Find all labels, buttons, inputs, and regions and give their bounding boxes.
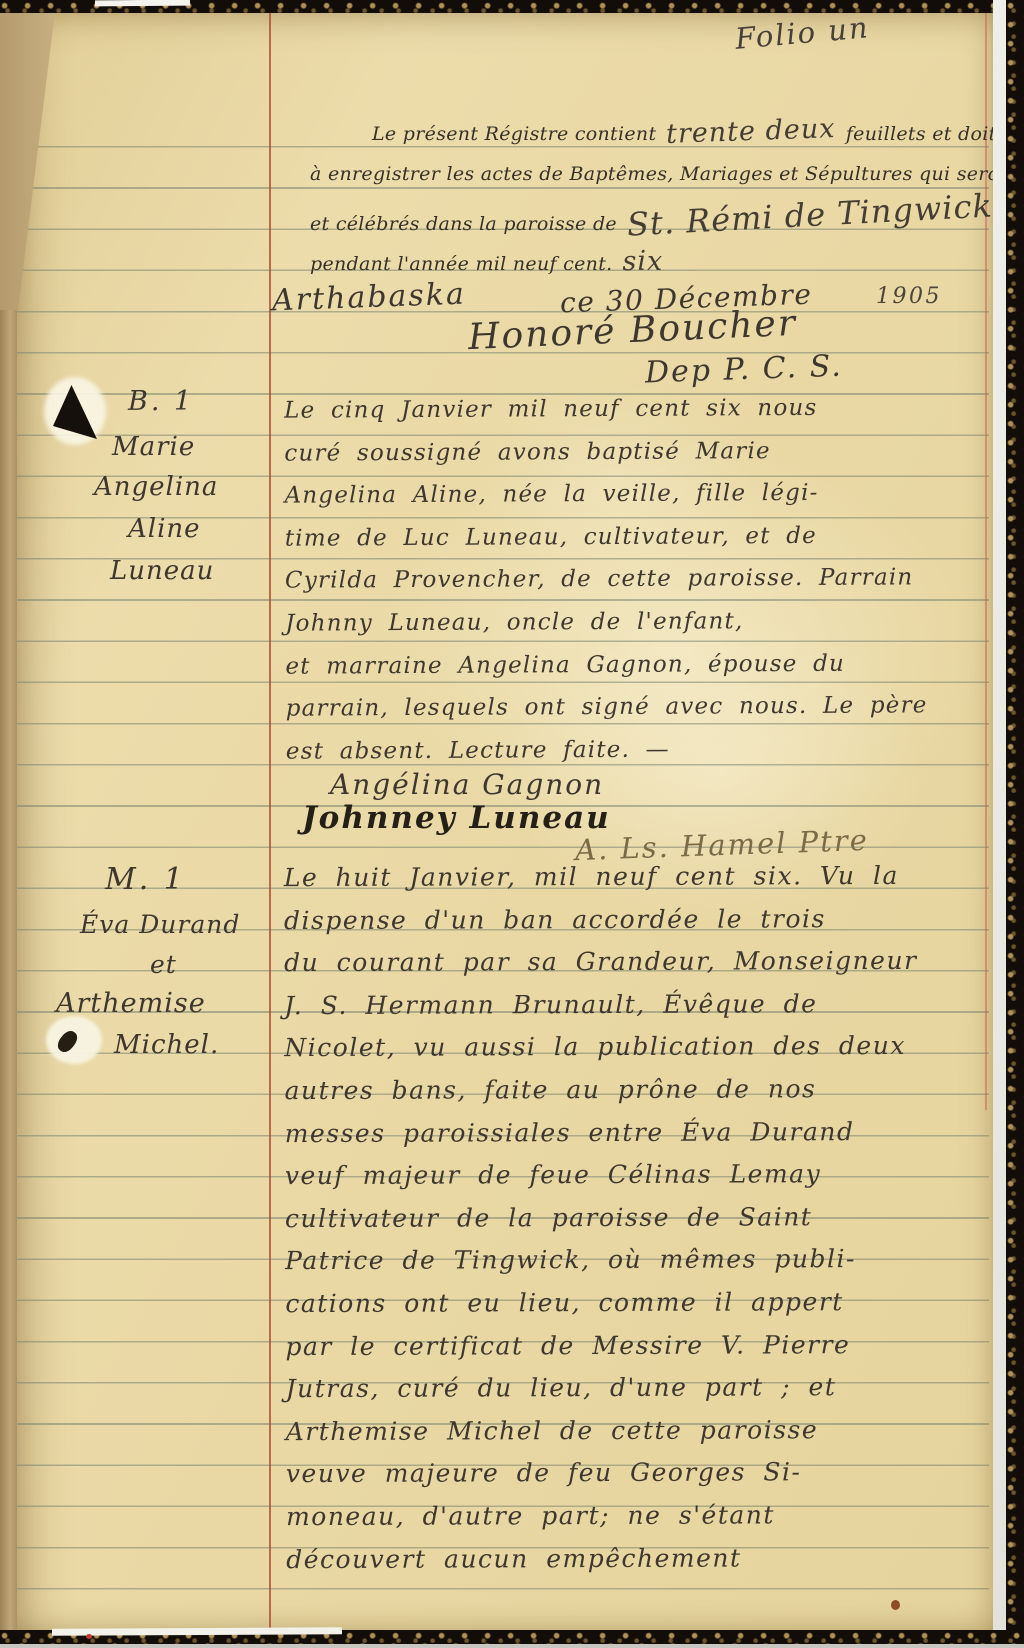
entry-b1-margin-name: Aline [128,514,201,544]
entry-m1-margin-name: Michel. [114,1030,219,1060]
entry-m1-line: dispense d'un ban accordée le trois [284,897,918,942]
preamble-line-3-printed: et célébrés dans la paroisse de [310,213,617,235]
page-edge-sliver-top [95,0,190,6]
year-word-fill: six [622,246,663,277]
entry-m1-line: autres bans, faite au prône de nos [284,1068,918,1113]
entry-b1-line: est absent. Lecture faite. — [286,727,928,773]
entry-m1-line: par le certificat de Messire V. Pierre [285,1323,919,1368]
entry-m1-line: messes paroissiales entre Éva Durand [285,1110,919,1155]
entry-m1-margin-name: et [150,950,177,979]
book-cover-edge-right [1006,0,1024,1648]
entry-m1-line: découvert aucun empêchement [286,1536,920,1581]
preamble-line-2: à enregistrer les actes de Baptêmes, Mar… [310,163,1024,185]
witness-signature-gagnon: Angélina Gagnon [330,768,604,801]
register-page-scan: Folio un Le présent Régistre contient tr… [0,0,1024,1648]
preamble-line-4-printed: pendant l'année mil neuf cent. [310,253,612,275]
year-mark: 1905 [876,284,942,309]
red-fleck [86,1634,92,1639]
entry-m1-line: veuf majeur de feue Célinas Lemay [285,1153,919,1198]
entry-b1-body: Le cinq Janvier mil neuf cent six nous c… [284,386,928,773]
red-margin-line [269,10,271,1632]
entry-b1-line: Cyrilda Provencher, de cette paroisse. P… [285,557,927,603]
entry-b1-line: Le cinq Janvier mil neuf cent six nous [284,386,926,432]
entry-m1-line: Arthemise Michel de cette paroisse [286,1409,920,1454]
entry-m1-line: cultivateur de la paroisse de Saint [285,1196,919,1241]
entry-m1-line: Le huit Janvier, mil neuf cent six. Vu l… [284,855,918,900]
entry-m1-line: cations ont eu lieu, comme il appert [285,1281,919,1326]
entry-b1-margin-ref: B. 1 [128,386,194,417]
entry-b1-margin-name: Marie [112,432,195,462]
entry-m1-line: Nicolet, vu aussi la publication des deu… [284,1025,918,1070]
sheet-count-fill: trente deux [666,113,836,150]
entry-m1-line: moneau, d'autre part; ne s'étant [286,1494,920,1539]
preamble-line-1: Le présent Régistre contient trente deux… [372,116,1024,147]
scanner-edge-gray [0,1644,1024,1648]
entry-b1-margin-name: Luneau [110,556,214,586]
page-edge-sliver-right [993,0,1007,1648]
entry-b1-line: parrain, lesquels ont signé avec nous. L… [286,684,928,730]
entry-m1-margin-name: Éva Durand [80,910,240,939]
entry-b1-line: Johnny Luneau, oncle de l'enfant, [285,599,927,645]
entry-m1-line: Patrice de Tingwick, où mêmes publi- [285,1238,919,1283]
entry-m1-margin-name: Arthemise [56,988,206,1019]
entry-b1-margin-name: Angelina [94,472,218,502]
preamble-line-1-printed: Le présent Régistre contient [372,123,656,145]
entry-m1-line: veuve majeure de feu Georges Si- [286,1451,920,1496]
place-name: Arthabaska [271,277,466,319]
entry-m1-margin-ref: M. 1 [105,862,186,897]
preamble-line-4: pendant l'année mil neuf cent. six [310,246,663,277]
entry-m1-line: du courant par sa Grandeur, Monseigneur [284,940,918,985]
entry-m1-body: Le huit Janvier, mil neuf cent six. Vu l… [284,855,920,1581]
rust-spot [891,1600,900,1610]
entry-b1-line: et marraine Angelina Gagnon, épouse du [285,642,927,688]
preamble-line-3: et célébrés dans la paroisse de St. Rémi… [310,200,993,238]
entry-b1-line: curé soussigné avons baptisé Marie [284,429,926,475]
registrar-title: Dep P. C. S. [644,349,843,391]
entry-m1-line: Jutras, curé du lieu, d'une part ; et [286,1366,920,1411]
entry-b1-line: time de Luc Luneau, cultivateur, et de [285,514,927,560]
witness-signature-luneau: Johnney Luneau [302,800,611,836]
entry-b1-line: Angelina Aline, née la veille, fille lég… [284,472,926,518]
entry-m1-line: J. S. Hermann Brunault, Évêque de [284,983,918,1028]
